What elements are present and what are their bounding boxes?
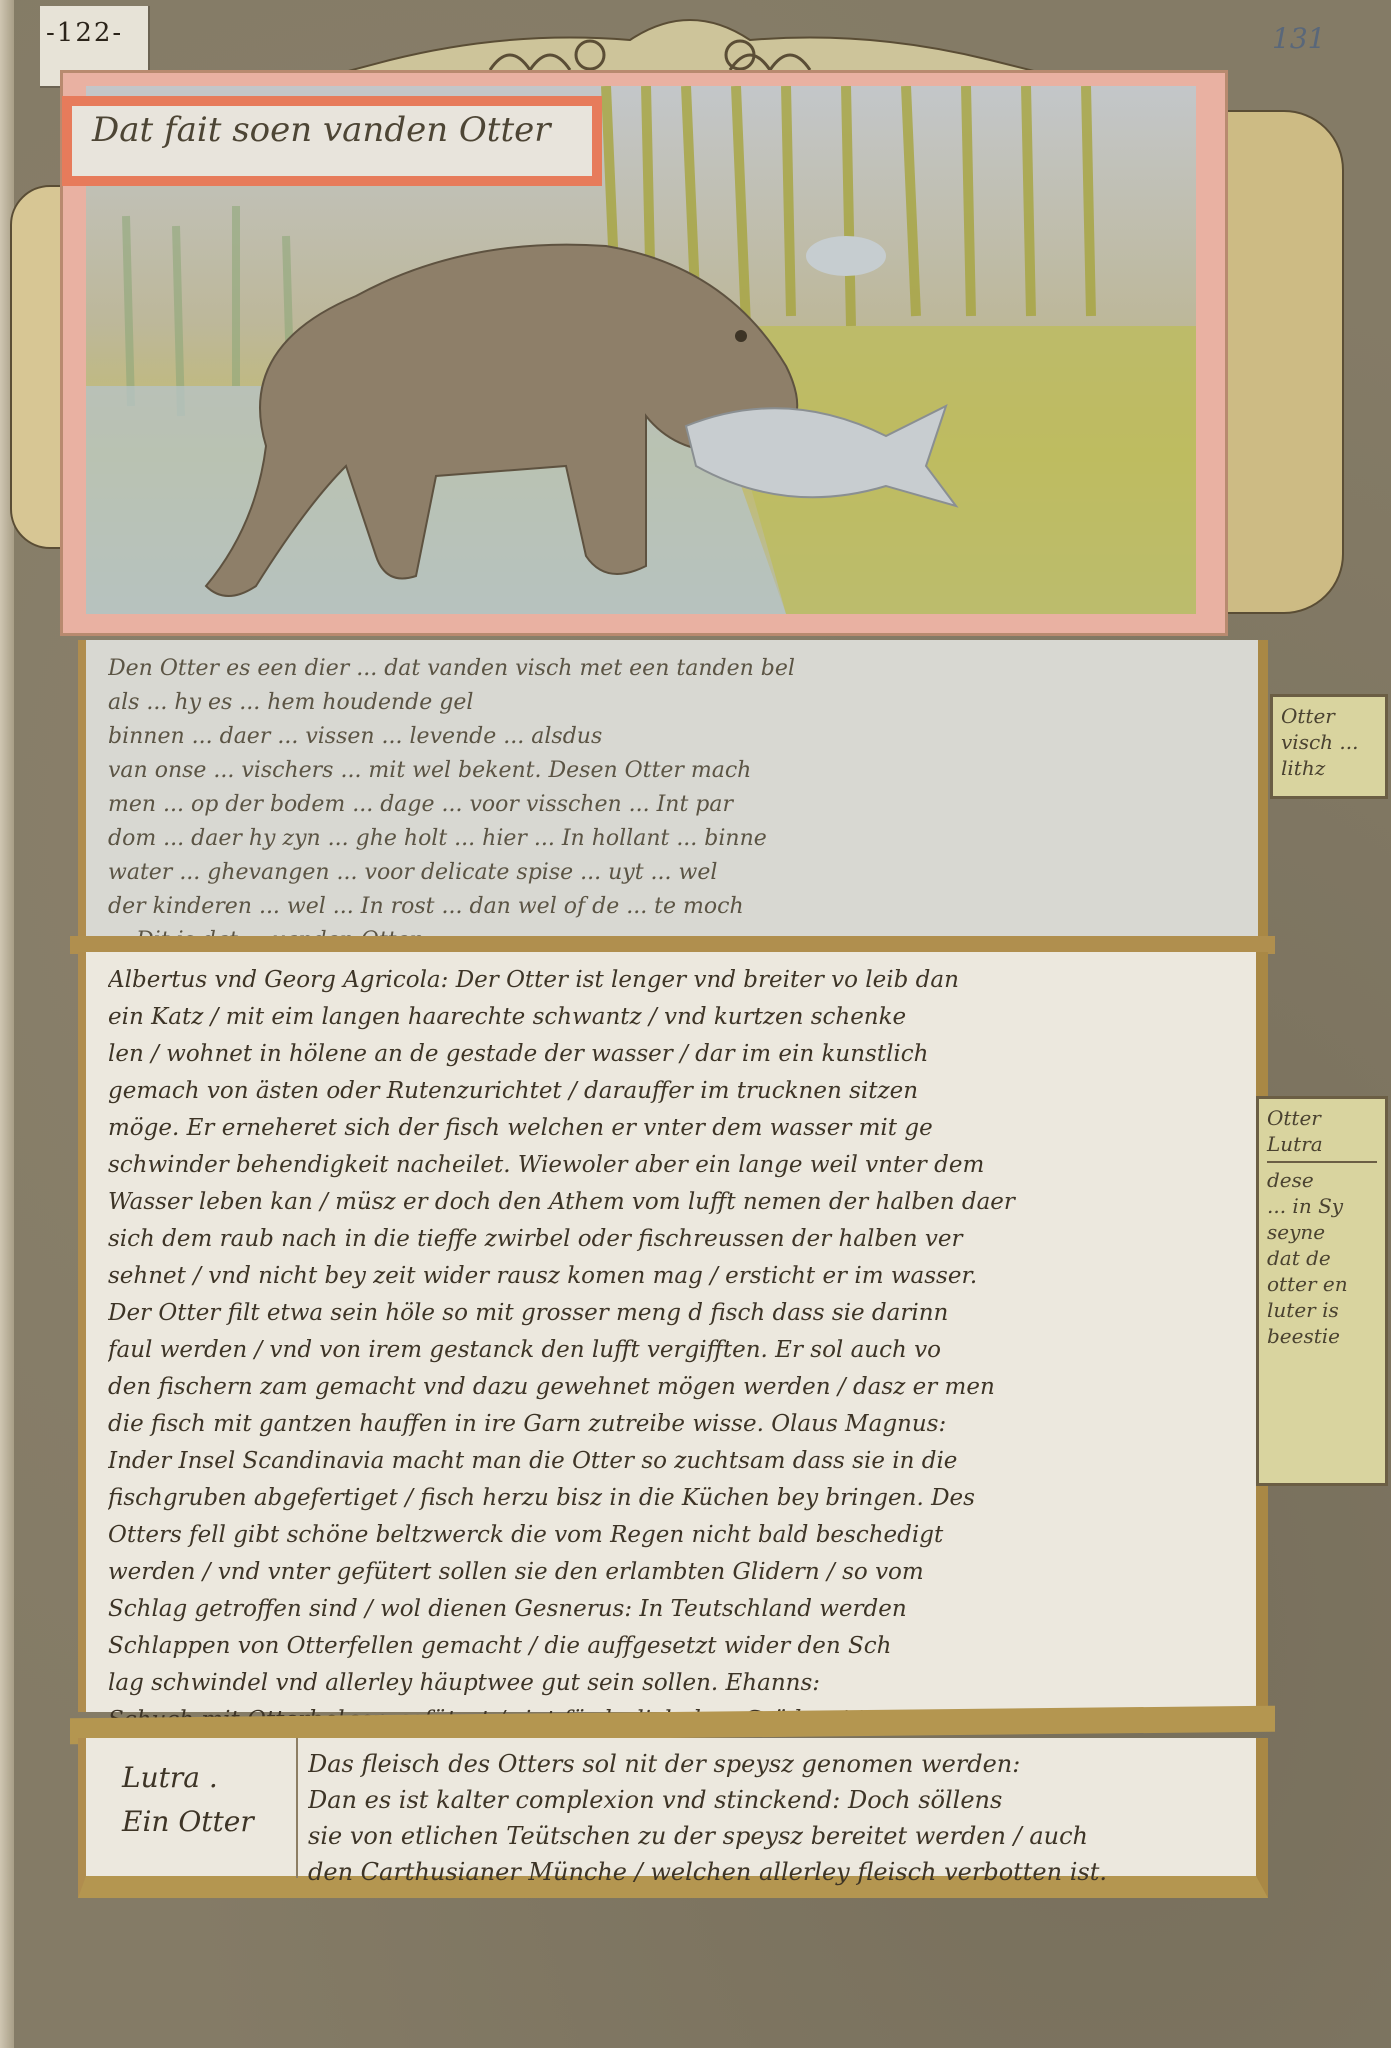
folio-number-right: 131 (1272, 22, 1325, 55)
text-line: Der Otter filt etwa sein höle so mit gro… (108, 1295, 1238, 1332)
margin-note-lutra: Otter Lutra dese ... in Sy seyne dat de … (1256, 1096, 1388, 1486)
german-name: Ein Otter (122, 1804, 302, 1848)
text-line: schwinder behendigkeit nacheilet. Wiewol… (108, 1147, 1238, 1184)
text-line: faul werden / vnd von irem gestanck den … (108, 1332, 1238, 1369)
note-line: dese (1267, 1167, 1377, 1193)
text-line: werden / vnd vnter gefütert sollen sie d… (108, 1554, 1238, 1591)
text-line: Schlag getroffen sind / wol dienen Gesne… (108, 1591, 1238, 1628)
text-line: lag schwindel vnd allerley häuptwee gut … (108, 1665, 1238, 1702)
illustration-title: Dat fait soen vanden Otter (92, 110, 551, 150)
note-line: Otter (1281, 703, 1377, 729)
column-rule (296, 1738, 298, 1878)
text-line: Schlappen von Otterfellen gemacht / die … (108, 1628, 1238, 1665)
dutch-text-block: Den Otter es een dier ... dat vanden vis… (78, 640, 1268, 940)
note-line: ... in Sy (1267, 1193, 1377, 1219)
note-rule (1267, 1161, 1377, 1163)
latin-name: Lutra . (122, 1760, 302, 1804)
text-line: dom ... daer hy zyn ... ghe holt ... hie… (108, 822, 1240, 856)
text-line: sie von etlichen Teütschen zu der speysz… (308, 1818, 1258, 1854)
text-line: den Carthusianer Münche / welchen allerl… (308, 1854, 1258, 1890)
text-line: als ... hy es ... hem houdende gel (108, 686, 1240, 720)
note-line: beestie (1267, 1323, 1377, 1349)
text-line: water ... ghevangen ... voor delicate sp… (108, 856, 1240, 890)
text-line: Albertus vnd Georg Agricola: Der Otter i… (108, 962, 1238, 999)
text-line: fischgruben abgefertiget / fisch herzu b… (108, 1480, 1238, 1517)
text-line: ein Katz / mit eim langen haarechte schw… (108, 999, 1238, 1036)
note-line: Lutra (1267, 1131, 1377, 1157)
food-note-text: Das fleisch des Otters sol nit der speys… (308, 1746, 1258, 1890)
note-line: dat de (1267, 1245, 1377, 1271)
text-line: binnen ... daer ... vissen ... levende .… (108, 720, 1240, 754)
text-line: möge. Er erneheret sich der fisch welche… (108, 1110, 1238, 1147)
text-line: gemach von ästen oder Rutenzurichtet / d… (108, 1073, 1238, 1110)
text-line: sehnet / vnd nicht bey zeit wider rausz … (108, 1258, 1238, 1295)
note-line: lithz (1281, 755, 1377, 781)
lutra-food-note-box: Lutra . Ein Otter Das fleisch des Otters… (78, 1738, 1268, 1898)
text-line: sich dem raub nach in die tieffe zwirbel… (108, 1221, 1238, 1258)
text-line: Das fleisch des Otters sol nit der speys… (308, 1746, 1258, 1782)
text-line: Otters fell gibt schöne beltzwerck die v… (108, 1517, 1238, 1554)
text-line: der kinderen ... wel ... In rost ... dan… (108, 890, 1240, 924)
folio-number-left: -122- (46, 18, 123, 48)
note-line: visch ... (1281, 729, 1377, 755)
species-label: Lutra . Ein Otter (122, 1760, 302, 1848)
note-line: otter en (1267, 1271, 1377, 1297)
note-line: luter is (1267, 1297, 1377, 1323)
german-text-block: Albertus vnd Georg Agricola: Der Otter i… (78, 952, 1268, 1712)
text-line: Dan es ist kalter complexion vnd stincke… (308, 1782, 1258, 1818)
note-line: Otter (1267, 1105, 1377, 1131)
text-line: Inder Insel Scandinavia macht man die Ot… (108, 1443, 1238, 1480)
text-line: den fischern zam gemacht vnd dazu gewehn… (108, 1369, 1238, 1406)
note-line: seyne (1267, 1219, 1377, 1245)
text-line: men ... op der bodem ... dage ... voor v… (108, 788, 1240, 822)
text-line: Den Otter es een dier ... dat vanden vis… (108, 652, 1240, 686)
text-line: len / wohnet in hölene an de gestade der… (108, 1036, 1238, 1073)
text-line: die fisch mit gantzen hauffen in ire Gar… (108, 1406, 1238, 1443)
text-line: Wasser leben kan / müsz er doch den Athe… (108, 1184, 1238, 1221)
margin-note-otter: Otter visch ... lithz (1270, 694, 1388, 799)
text-line: van onse ... vischers ... mit wel bekent… (108, 754, 1240, 788)
